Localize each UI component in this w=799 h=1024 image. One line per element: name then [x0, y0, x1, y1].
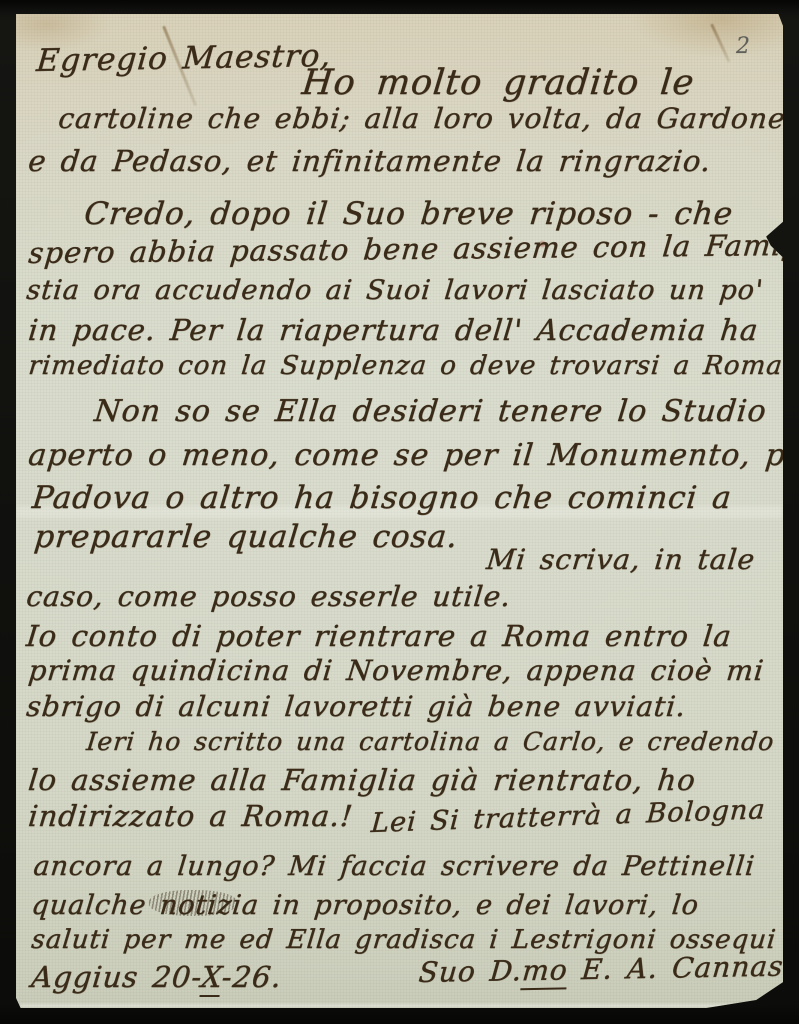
crease-mark	[710, 23, 730, 62]
letter-line: prima quindicina di Novembre, appena cio…	[27, 657, 765, 685]
letter-line: caso, come posso esserle utile.	[25, 583, 513, 611]
letter-line: Mi scriva, in tale	[485, 546, 757, 574]
letter-line: stia ora accudendo ai Suoi lavori lascia…	[25, 277, 765, 304]
letter-line: saluti per me ed Ella gradisca i Lestrig…	[30, 927, 777, 953]
letter-line: sbrigo di alcuni lavoretti già bene avvi…	[25, 693, 687, 721]
letter-salutation: Egregio Maestro,	[35, 41, 332, 77]
letter-line: aperto o meno, come se per il Monumento,…	[27, 441, 783, 471]
letter-line: cartoline che ebbi; alla loro volta, da …	[57, 105, 783, 133]
letter-line: prepararle qualche cosa.	[33, 522, 460, 553]
letter-line: Ieri ho scritto una cartolina a Carlo, e…	[85, 729, 775, 754]
letter-line: e da Pedaso, et infinitamente la ringraz…	[27, 147, 713, 176]
letter-signature: Suo D.mo E. A. Cannas.	[418, 952, 783, 987]
letter-line: Credo, dopo il Suo breve riposo - che	[83, 199, 735, 230]
signature-devotion: Suo D.	[417, 954, 523, 989]
letter-line: spero abbia passato bene assieme con la …	[27, 231, 783, 268]
signature-devotion-abbrev: mo	[521, 953, 570, 990]
letter-line: Lei Si tratterrà a Bologna	[370, 796, 766, 837]
letter-line: qualche notizia in proposito, e dei lavo…	[30, 892, 700, 919]
letter-line: rimediato con la Supplenza o deve trovar…	[27, 353, 783, 379]
letter-dateline: Aggius 20-X-26.	[30, 963, 283, 992]
letter-line: Padova o altro ha bisogno che cominci a	[31, 483, 734, 514]
letter-line: in pace. Per la riapertura dell' Accadem…	[27, 316, 760, 345]
dateline-place: Aggius 20-	[30, 960, 203, 994]
letter-line: Non so se Ella desideri tenere lo Studio	[93, 397, 768, 427]
letter-line: Io conto di poter rientrare a Roma entro…	[25, 622, 733, 651]
signature-name: E. A. Cannas.	[566, 949, 783, 986]
letter-line: lo assieme alla Famiglia già rientrato, …	[27, 766, 697, 795]
letter-line: indirizzato a Roma.!	[27, 802, 355, 831]
paper-edge-highlight	[20, 1004, 773, 1007]
dateline-year: -26.	[220, 960, 283, 994]
photo-background: 2 Egregio Maestro, Ho molto gradito le c…	[0, 0, 799, 1024]
letter-line: ancora a lungo? Mi faccia scrivere da Pe…	[32, 853, 756, 880]
page-number: 2	[736, 34, 750, 59]
letter-line: Ho molto gradito le	[300, 66, 696, 101]
letter-paper: 2 Egregio Maestro, Ho molto gradito le c…	[16, 14, 783, 1008]
